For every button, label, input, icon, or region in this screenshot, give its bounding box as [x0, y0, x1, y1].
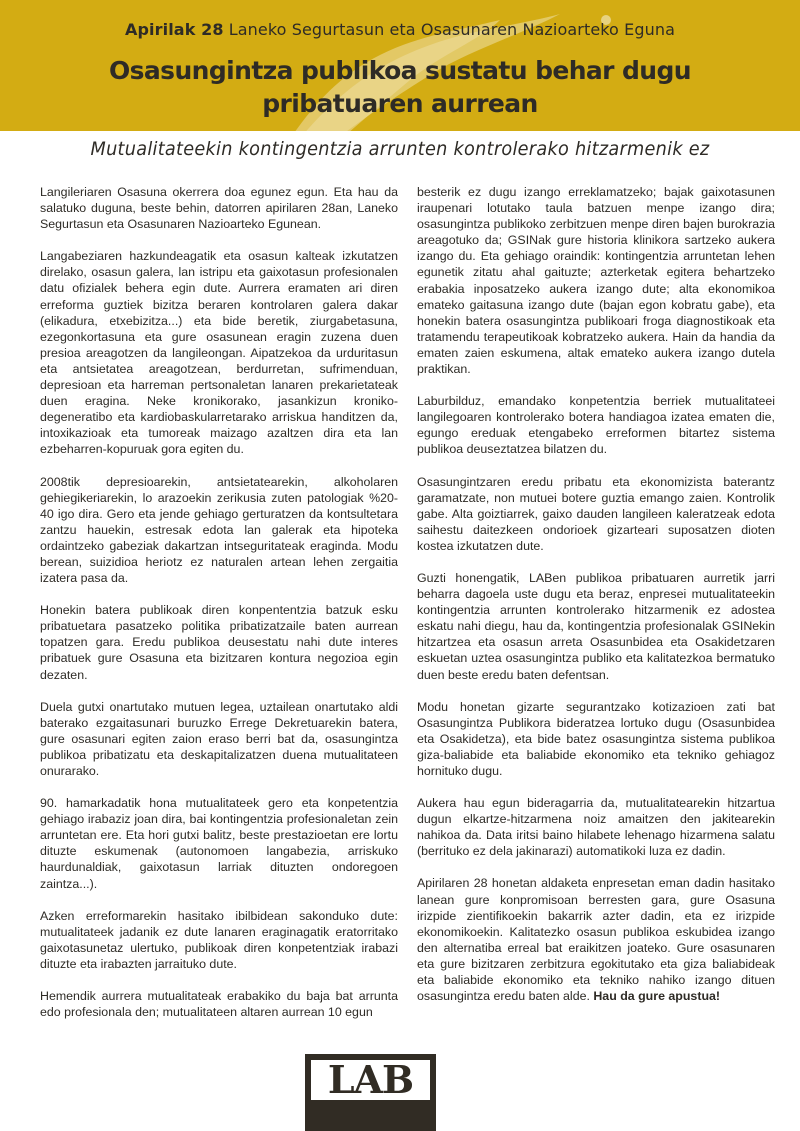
- lab-logo-text: LAB: [311, 1060, 430, 1100]
- title-line-2: pribatuaren aurrean: [0, 87, 800, 120]
- event-kicker: Apirilak 28 Laneko Segurtasun eta Osasun…: [0, 20, 800, 39]
- page-subtitle: Mutualitateekin kontingentzia arrunten k…: [28, 138, 772, 160]
- paragraph: Guzti honengatik, LABen publikoa pribatu…: [417, 570, 775, 683]
- lab-logo: LAB: [305, 1054, 436, 1131]
- header-banner: Apirilak 28 Laneko Segurtasun eta Osasun…: [0, 0, 800, 131]
- paragraph: 2008tik depresioarekin, antsietatearekin…: [40, 474, 398, 587]
- kicker-date: Apirilak 28: [125, 20, 224, 39]
- paragraph: Osasungintzaren eredu pribatu eta ekonom…: [417, 474, 775, 554]
- paragraph: besterik ez dugu izango erreklamatzeko; …: [417, 184, 775, 377]
- paragraph: 90. hamarkadatik hona mutualitateek gero…: [40, 795, 398, 892]
- closing-paragraph: Apirilaren 28 honetan aldaketa enpreseta…: [417, 875, 775, 1004]
- paragraph: Aukera hau egun bideragarria da, mutuali…: [417, 795, 775, 859]
- closing-text: Apirilaren 28 honetan aldaketa enpreseta…: [417, 876, 775, 1003]
- paragraph: Duela gutxi onartutako mutuen legea, uzt…: [40, 699, 398, 779]
- paragraph: Langileriaren Osasuna okerrera doa egune…: [40, 184, 398, 232]
- paragraph: Modu honetan gizarte segurantzako kotiza…: [417, 699, 775, 779]
- paragraph: Honekin batera publikoak diren konpenten…: [40, 602, 398, 682]
- kicker-event-name: Laneko Segurtasun eta Osasunaren Nazioar…: [224, 20, 675, 39]
- closing-slogan: Hau da gure apustua!: [593, 989, 720, 1003]
- left-column: Langileriaren Osasuna okerrera doa egune…: [40, 184, 398, 1036]
- paragraph: Azken erreformarekin hasitako ibilbidean…: [40, 908, 398, 972]
- right-column: besterik ez dugu izango erreklamatzeko; …: [417, 184, 775, 1020]
- page-title: Osasungintza publikoa sustatu behar dugu…: [0, 54, 800, 120]
- paragraph: Langabeziaren hazkundeagatik eta osasun …: [40, 248, 398, 457]
- paragraph: Laburbilduz, emandako konpetentzia berri…: [417, 393, 775, 457]
- paragraph: Hemendik aurrera mutualitateak erabakiko…: [40, 988, 398, 1020]
- title-line-1: Osasungintza publikoa sustatu behar dugu: [0, 54, 800, 87]
